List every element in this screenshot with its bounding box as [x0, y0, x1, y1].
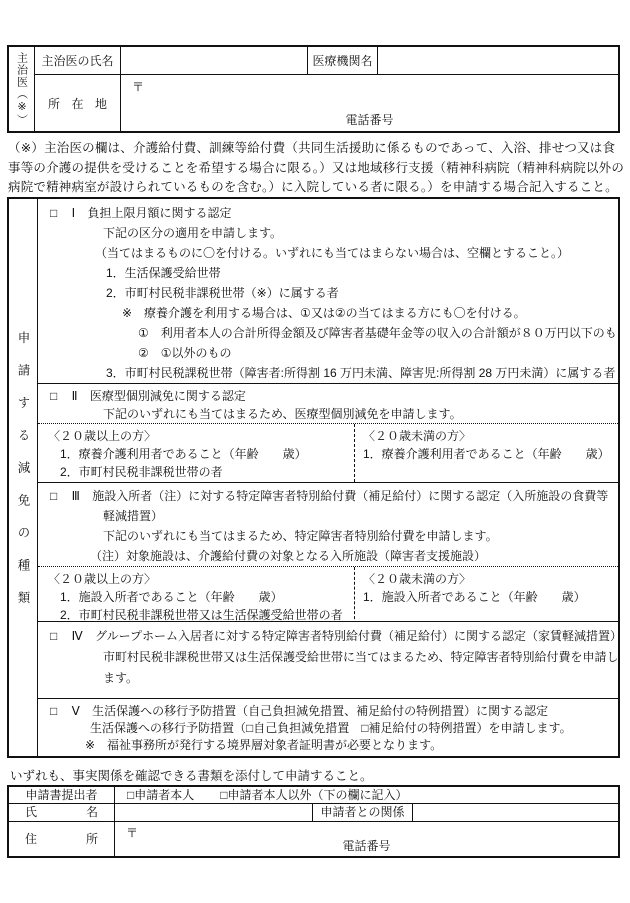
section-1-item-1[interactable]: 1．生活保護受給世帯: [38, 263, 618, 283]
section-2-adult-item-2[interactable]: 2．市町村民税非課税世帯の者: [48, 463, 354, 481]
section-4-body-line-2: ます。: [38, 668, 618, 689]
submitter-table: 申請書提出者 □ 申請者本人 □ 申請者本人以外（下の欄に記入） 氏 名 申請者…: [7, 785, 620, 858]
section-4-title: グループホーム入居者に対する特定障害者特別給付費（補足給付）に関する認定（家賃軽…: [95, 629, 618, 643]
section-3-minor-heading: 〈２０歳未満の方〉: [363, 570, 618, 588]
section-5-option-2-label: 補足給付の特例措置: [369, 721, 477, 735]
relation-field[interactable]: [413, 804, 618, 821]
doctor-name-label: 主治医の氏名: [35, 47, 121, 74]
section-3-adult-heading: 〈２０歳以上の方〉: [48, 570, 354, 588]
attachment-instruction: いずれも、事実関係を確認できる書類を添付して申請すること。: [10, 766, 373, 784]
section-4: □ Ⅳ グループホーム入居者に対する特定障害者特別給付費（補足給付）に関する認定…: [38, 621, 618, 698]
doctor-note-paragraph: （※）主治医の欄は、介護給付費、訓練等給付費（共同生活援助に係るものであって、入…: [8, 139, 625, 198]
section-3-minor-column: 〈２０歳未満の方〉 1．施設入所者であること（年齢 歳）: [355, 567, 618, 621]
section-5-apply-suffix: ）を申請します。: [477, 721, 572, 735]
section-1-intro: 下記の区分の適用を申請します。: [38, 223, 618, 243]
section-3-intro: 下記のいずれにも当てはまるため、特定障害者特別給付費を申請します。: [38, 526, 618, 546]
doctor-phone-label: 電話番号: [121, 111, 618, 128]
section-3-adult-item-1[interactable]: 1．施設入所者であること（年齢 歳）: [48, 588, 354, 606]
section-1-checkbox[interactable]: □: [50, 203, 57, 223]
section-5-apply-prefix: 生活保護への移行予防措置（: [90, 721, 246, 735]
submitter-other-label: 申請者本人以外（下の欄に記入）: [228, 788, 408, 803]
section-5: □ Ⅴ 生活保護への移行予防措置（自己負担減免措置、補足給付の特例措置）に関する…: [38, 698, 618, 756]
section-1-numeral: Ⅰ: [72, 203, 76, 223]
reduction-side-header: 申請する減免の種類: [9, 199, 38, 756]
section-2-minor-heading: 〈２０歳未満の方〉: [363, 427, 618, 445]
medical-facility-label: 医療機関名: [308, 47, 378, 74]
section-4-body-line-1: 市町村民税非課税世帯又は生活保護受給世帯に当てはまるため、特定障害者特別給付費を…: [38, 647, 618, 668]
section-3-age-columns: 〈２０歳以上の方〉 1．施設入所者であること（年齢 歳） 2．市町村民税非課税世…: [38, 566, 618, 621]
submitter-address-label: 住 所: [9, 822, 115, 856]
submitter-address-field[interactable]: 〒 電話番号: [115, 822, 618, 856]
doctor-name-row: 主治医の氏名 医療機関名: [35, 47, 618, 75]
submitter-name-label: 氏 名: [9, 804, 115, 821]
postal-mark: 〒: [132, 80, 144, 94]
application-form-page: 主治医（※） 主治医の氏名 医療機関名 所 在 地 〒 電話番号: [0, 0, 630, 903]
section-2-title: 医療型個別減免に関する認定: [90, 389, 246, 403]
reduction-side-label: 申請する減免の種類: [14, 331, 32, 624]
reduction-table: 申請する減免の種類 □ Ⅰ 負担上限月額に関する認定 下記の区分の適用を申請しま…: [7, 197, 620, 758]
submitter-name-row: 氏 名 申請者との関係: [9, 804, 618, 822]
section-1: □ Ⅰ 負担上限月額に関する認定 下記の区分の適用を申請します。 （当てはまるも…: [38, 199, 618, 383]
section-2-minor-item-1[interactable]: 1．療養介護利用者であること（年齢 歳）: [363, 445, 618, 463]
section-5-numeral: Ⅴ: [72, 703, 80, 720]
section-2-age-columns: 〈２０歳以上の方〉 1．療養介護利用者であること（年齢 歳） 2．市町村民税非課…: [38, 423, 618, 482]
section-5-option-1-label: 自己負担減免措置: [253, 721, 349, 735]
section-1-title: 負担上限月額に関する認定: [87, 206, 231, 220]
section-3-title: 施設入所者（注）に対する特定障害者特別給付費（補足給付）に関する認定（入所施設の…: [92, 489, 608, 503]
section-1-hint: （当てはまるものに〇を付ける。いずれにも当てはまらない場合は、空欄とすること。）: [38, 243, 618, 263]
submitter-row: 申請書提出者 □ 申請者本人 □ 申請者本人以外（下の欄に記入）: [9, 787, 618, 804]
relation-label: 申請者との関係: [313, 804, 413, 821]
submitter-name-field[interactable]: [115, 804, 313, 821]
section-4-checkbox[interactable]: □: [50, 626, 57, 647]
section-2-checkbox[interactable]: □: [50, 387, 57, 405]
section-1-item-2[interactable]: 2．市町村民税非課税世帯（※）に属する者: [38, 283, 618, 303]
section-2-adult-column: 〈２０歳以上の方〉 1．療養介護利用者であること（年齢 歳） 2．市町村民税非課…: [38, 424, 355, 482]
doctor-side-label: 主治医（※）: [14, 52, 30, 126]
section-1-note: ※ 療養介護を利用する場合は、①又は②の当てはまる方にも〇を付ける。: [38, 303, 618, 323]
section-2-adult-heading: 〈２０歳以上の方〉: [48, 427, 354, 445]
section-3-note: （注）対象施設は、介護給付費の対象となる入所施設（障害者支援施設）: [38, 546, 618, 566]
section-5-title: 生活保護への移行予防措置（自己負担減免措置、補足給付の特例措置）に関する認定: [92, 704, 548, 718]
doctor-address-label: 所 在 地: [35, 75, 121, 131]
section-5-option-2-checkbox[interactable]: □: [361, 720, 368, 737]
section-1-sub-option-1[interactable]: ① 利用者本人の合計所得金額及び障害者基礎年金等の収入の合計額が８０万円以下のも…: [38, 323, 618, 343]
section-2-adult-item-1[interactable]: 1．療養介護利用者であること（年齢 歳）: [48, 445, 354, 463]
section-5-apply-line: 生活保護への移行予防措置（□自己負担減免措置□補足給付の特例措置）を申請します。: [38, 720, 618, 737]
section-3-adult-item-2[interactable]: 2．市町村民税非課税世帯又は生活保護受給世帯の者: [48, 606, 354, 621]
doctor-address-field[interactable]: 〒 電話番号: [121, 75, 618, 131]
section-1-sub-option-2[interactable]: ② ①以外のもの: [38, 343, 618, 363]
medical-facility-field[interactable]: [378, 47, 618, 74]
section-2-numeral: Ⅱ: [72, 387, 78, 405]
section-3-minor-item-1[interactable]: 1．施設入所者であること（年齢 歳）: [363, 588, 618, 606]
submitter-label: 申請書提出者: [9, 787, 115, 803]
section-3-checkbox[interactable]: □: [50, 486, 57, 506]
submitter-phone-label: 電話番号: [115, 837, 618, 854]
section-2-intro: 下記のいずれにも当てはまるため、医療型個別減免を申請します。: [38, 405, 618, 423]
submitter-self-label: 申請者本人: [134, 788, 194, 803]
section-3-title-wrap: 軽減措置）: [38, 506, 618, 526]
section-2: □ Ⅱ 医療型個別減免に関する認定 下記のいずれにも当てはまるため、医療型個別減…: [38, 383, 618, 482]
section-3-numeral: Ⅲ: [72, 486, 80, 506]
submitter-address-row: 住 所 〒 電話番号: [9, 822, 618, 856]
section-1-item-3[interactable]: 3．市町村民税課税世帯（障害者:所得割 16 万円未満、障害児:所得割 28 万…: [38, 363, 618, 383]
doctor-address-row: 所 在 地 〒 電話番号: [35, 75, 618, 131]
submitter-self-checkbox[interactable]: □: [127, 788, 134, 803]
section-3-adult-column: 〈２０歳以上の方〉 1．施設入所者であること（年齢 歳） 2．市町村民税非課税世…: [38, 567, 355, 621]
section-5-checkbox[interactable]: □: [50, 703, 57, 720]
section-2-minor-column: 〈２０歳未満の方〉 1．療養介護利用者であること（年齢 歳）: [355, 424, 618, 482]
doctor-side-header: 主治医（※）: [9, 47, 35, 131]
submitter-other-checkbox[interactable]: □: [220, 788, 227, 803]
doctor-name-field[interactable]: [121, 47, 308, 74]
section-3: □ Ⅲ 施設入所者（注）に対する特定障害者特別給付費（補足給付）に関する認定（入…: [38, 482, 618, 621]
doctor-table: 主治医（※） 主治医の氏名 医療機関名 所 在 地 〒 電話番号: [7, 45, 620, 133]
section-4-numeral: Ⅳ: [72, 626, 83, 647]
section-5-note: ※ 福祉事務所が発行する境界層対象者証明書が必要となります。: [38, 737, 618, 754]
